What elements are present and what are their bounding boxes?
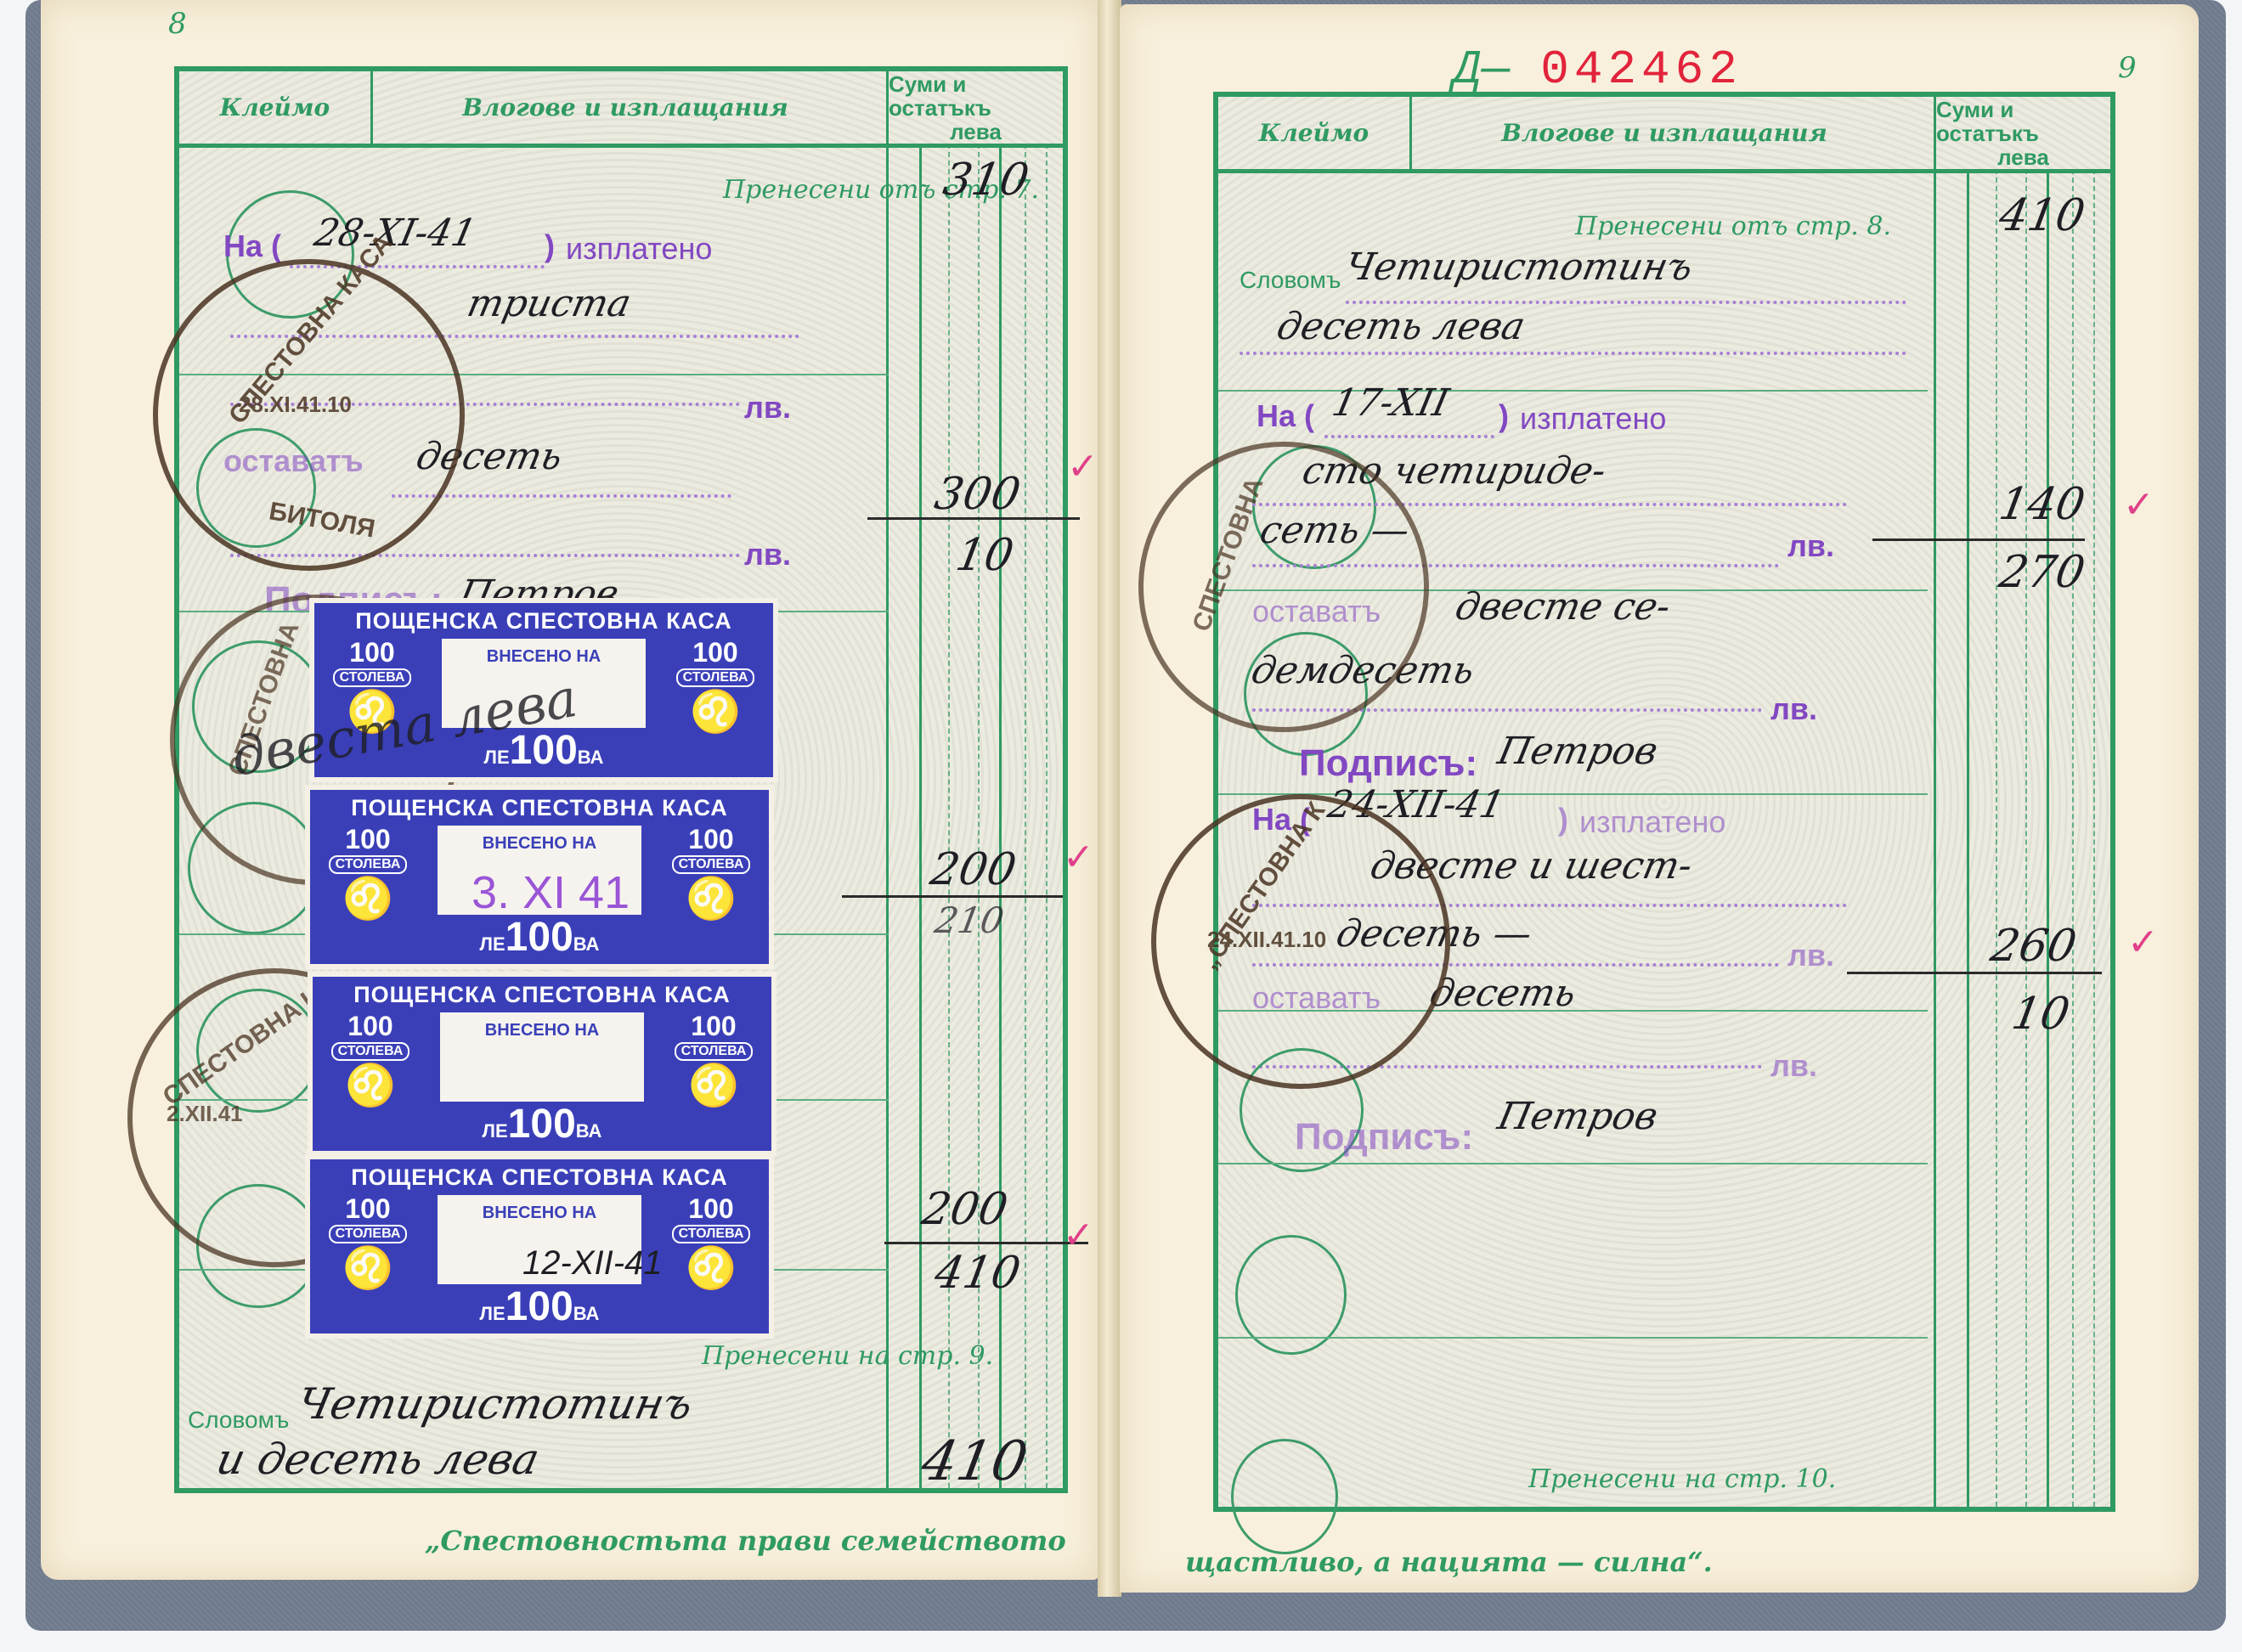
postmark: СПЕСТОВНА КАСА 28.XI.41.10 БИТОЛЯ <box>153 259 465 571</box>
in-words-label: Словомъ <box>188 1407 289 1434</box>
balance-amount: 10 <box>2008 989 2074 1040</box>
lion-emblem-icon: 100СТОЛЕВА♌ <box>319 1011 421 1109</box>
check-mark-icon: ✓ <box>1063 836 1094 879</box>
balance-amount: 10 <box>952 530 1018 581</box>
deposit-amount: 200 <box>918 1184 1012 1235</box>
column-stamp: Клеймо <box>179 71 373 144</box>
savings-stamp: ПОЩЕНСКА СПЕСТОВНА КАСА100СТОЛЕВА♌100СТО… <box>313 977 771 1151</box>
carried-to-label: Пренесени на стр. 10. <box>1528 1464 1836 1494</box>
column-stamp: Клеймо <box>1218 97 1412 169</box>
check-mark-icon: ✓ <box>1067 445 1098 488</box>
carried-from-words-2: десеть лева <box>1273 305 1529 348</box>
check-mark-icon: ✓ <box>2127 921 2159 964</box>
label-na: На ( <box>1257 398 1314 434</box>
payout-date: 17-XII <box>1329 381 1453 425</box>
sums-column <box>1934 169 2110 1507</box>
page-number: 9 <box>2118 51 2137 85</box>
column-header: Клеймо Влогове и изплащания Суми и остат… <box>1218 97 2110 173</box>
label-paid: изплатено <box>566 231 712 267</box>
payout-amount: 140 <box>1996 479 2089 530</box>
in-words-label: Словомъ <box>1240 267 1341 294</box>
binding-spine <box>1098 0 1121 1597</box>
remaining-words: двесте се- <box>1452 585 1674 629</box>
lion-emblem-icon: 100СТОЛЕВА♌ <box>660 1193 762 1292</box>
lion-emblem-icon: 100СТОЛЕВА♌ <box>317 824 419 922</box>
signature: Петров <box>1494 1095 1662 1138</box>
carried-to-label: Пренесени на стр. 9. <box>702 1341 993 1371</box>
savings-stamp: ПОЩЕНСКА СПЕСТОВНА КАСА100СТОЛЕВА♌100СТО… <box>310 1159 769 1333</box>
column-header: Клеймо Влогове и изплащания Суми и остат… <box>179 71 1063 148</box>
page-number: 8 <box>168 7 187 41</box>
check-mark-icon: ✓ <box>1063 1214 1094 1257</box>
signature: Петров <box>1494 730 1662 773</box>
balance-amount: 410 <box>931 1248 1025 1299</box>
lion-emblem-icon: 100СТОЛЕВА♌ <box>664 637 766 736</box>
label-signature: Подписъ: <box>1299 742 1477 785</box>
stamp-date: 3. XI 41 <box>472 866 630 919</box>
payout-words: триста <box>464 282 635 325</box>
lion-emblem-icon: 100СТОЛЕВА♌ <box>317 1193 419 1292</box>
balance-amount: 270 <box>1996 547 2089 598</box>
motto-part1: „Спестовностьта прави семейството <box>425 1525 1066 1557</box>
lion-emblem-icon: 100СТОЛЕВА♌ <box>663 1011 765 1109</box>
postmark: СПЕСТОВНА <box>1138 442 1429 732</box>
column-sums: Суми и остатъкъ лева <box>1934 97 2110 169</box>
remaining-words: десеть <box>1426 972 1580 1015</box>
check-mark-icon: ✓ <box>2123 483 2154 527</box>
label-na: На ( <box>223 228 281 264</box>
payout-amount: 260 <box>1987 921 2081 972</box>
savings-stamp: ПОЩЕНСКА СПЕСТОВНА КАСА100СТОЛЕВА♌100СТО… <box>310 790 769 964</box>
carried-to-words: Четиристотинъ <box>293 1379 697 1429</box>
carried-from-words: Четиристотинъ <box>1341 245 1697 289</box>
carried-to-words-2: и десеть лева <box>212 1435 544 1484</box>
deposit-amount: 200 <box>927 844 1020 895</box>
payout-amount: 300 <box>931 469 1025 520</box>
column-entries: Влогове и изплащания <box>370 71 880 144</box>
balance-amount: 210 <box>932 899 1008 941</box>
label-signature: Подписъ: <box>1295 1116 1473 1159</box>
stamp-date: 12-XII-41 <box>522 1244 663 1283</box>
carried-to-amount: 410 <box>917 1430 1031 1493</box>
column-sums: Суми и остатъкъ лева <box>886 71 1063 144</box>
motto-part2: щастливо, а нацията — силна“. <box>1185 1546 1713 1578</box>
column-entries: Влогове и изплащания <box>1409 97 1919 169</box>
carried-from-amount: 410 <box>1996 190 2089 241</box>
lion-emblem-icon: 100СТОЛЕВА♌ <box>660 824 762 922</box>
passbook-serial: Д—042462 <box>1453 42 1742 97</box>
postmark: „СПЕСТОВНА К 24.XII.41.10 <box>1151 794 1450 1089</box>
carried-from-amount: 310 <box>940 155 1033 206</box>
carried-from-label: Пренесени отъ стр. 8. <box>1575 211 1891 241</box>
